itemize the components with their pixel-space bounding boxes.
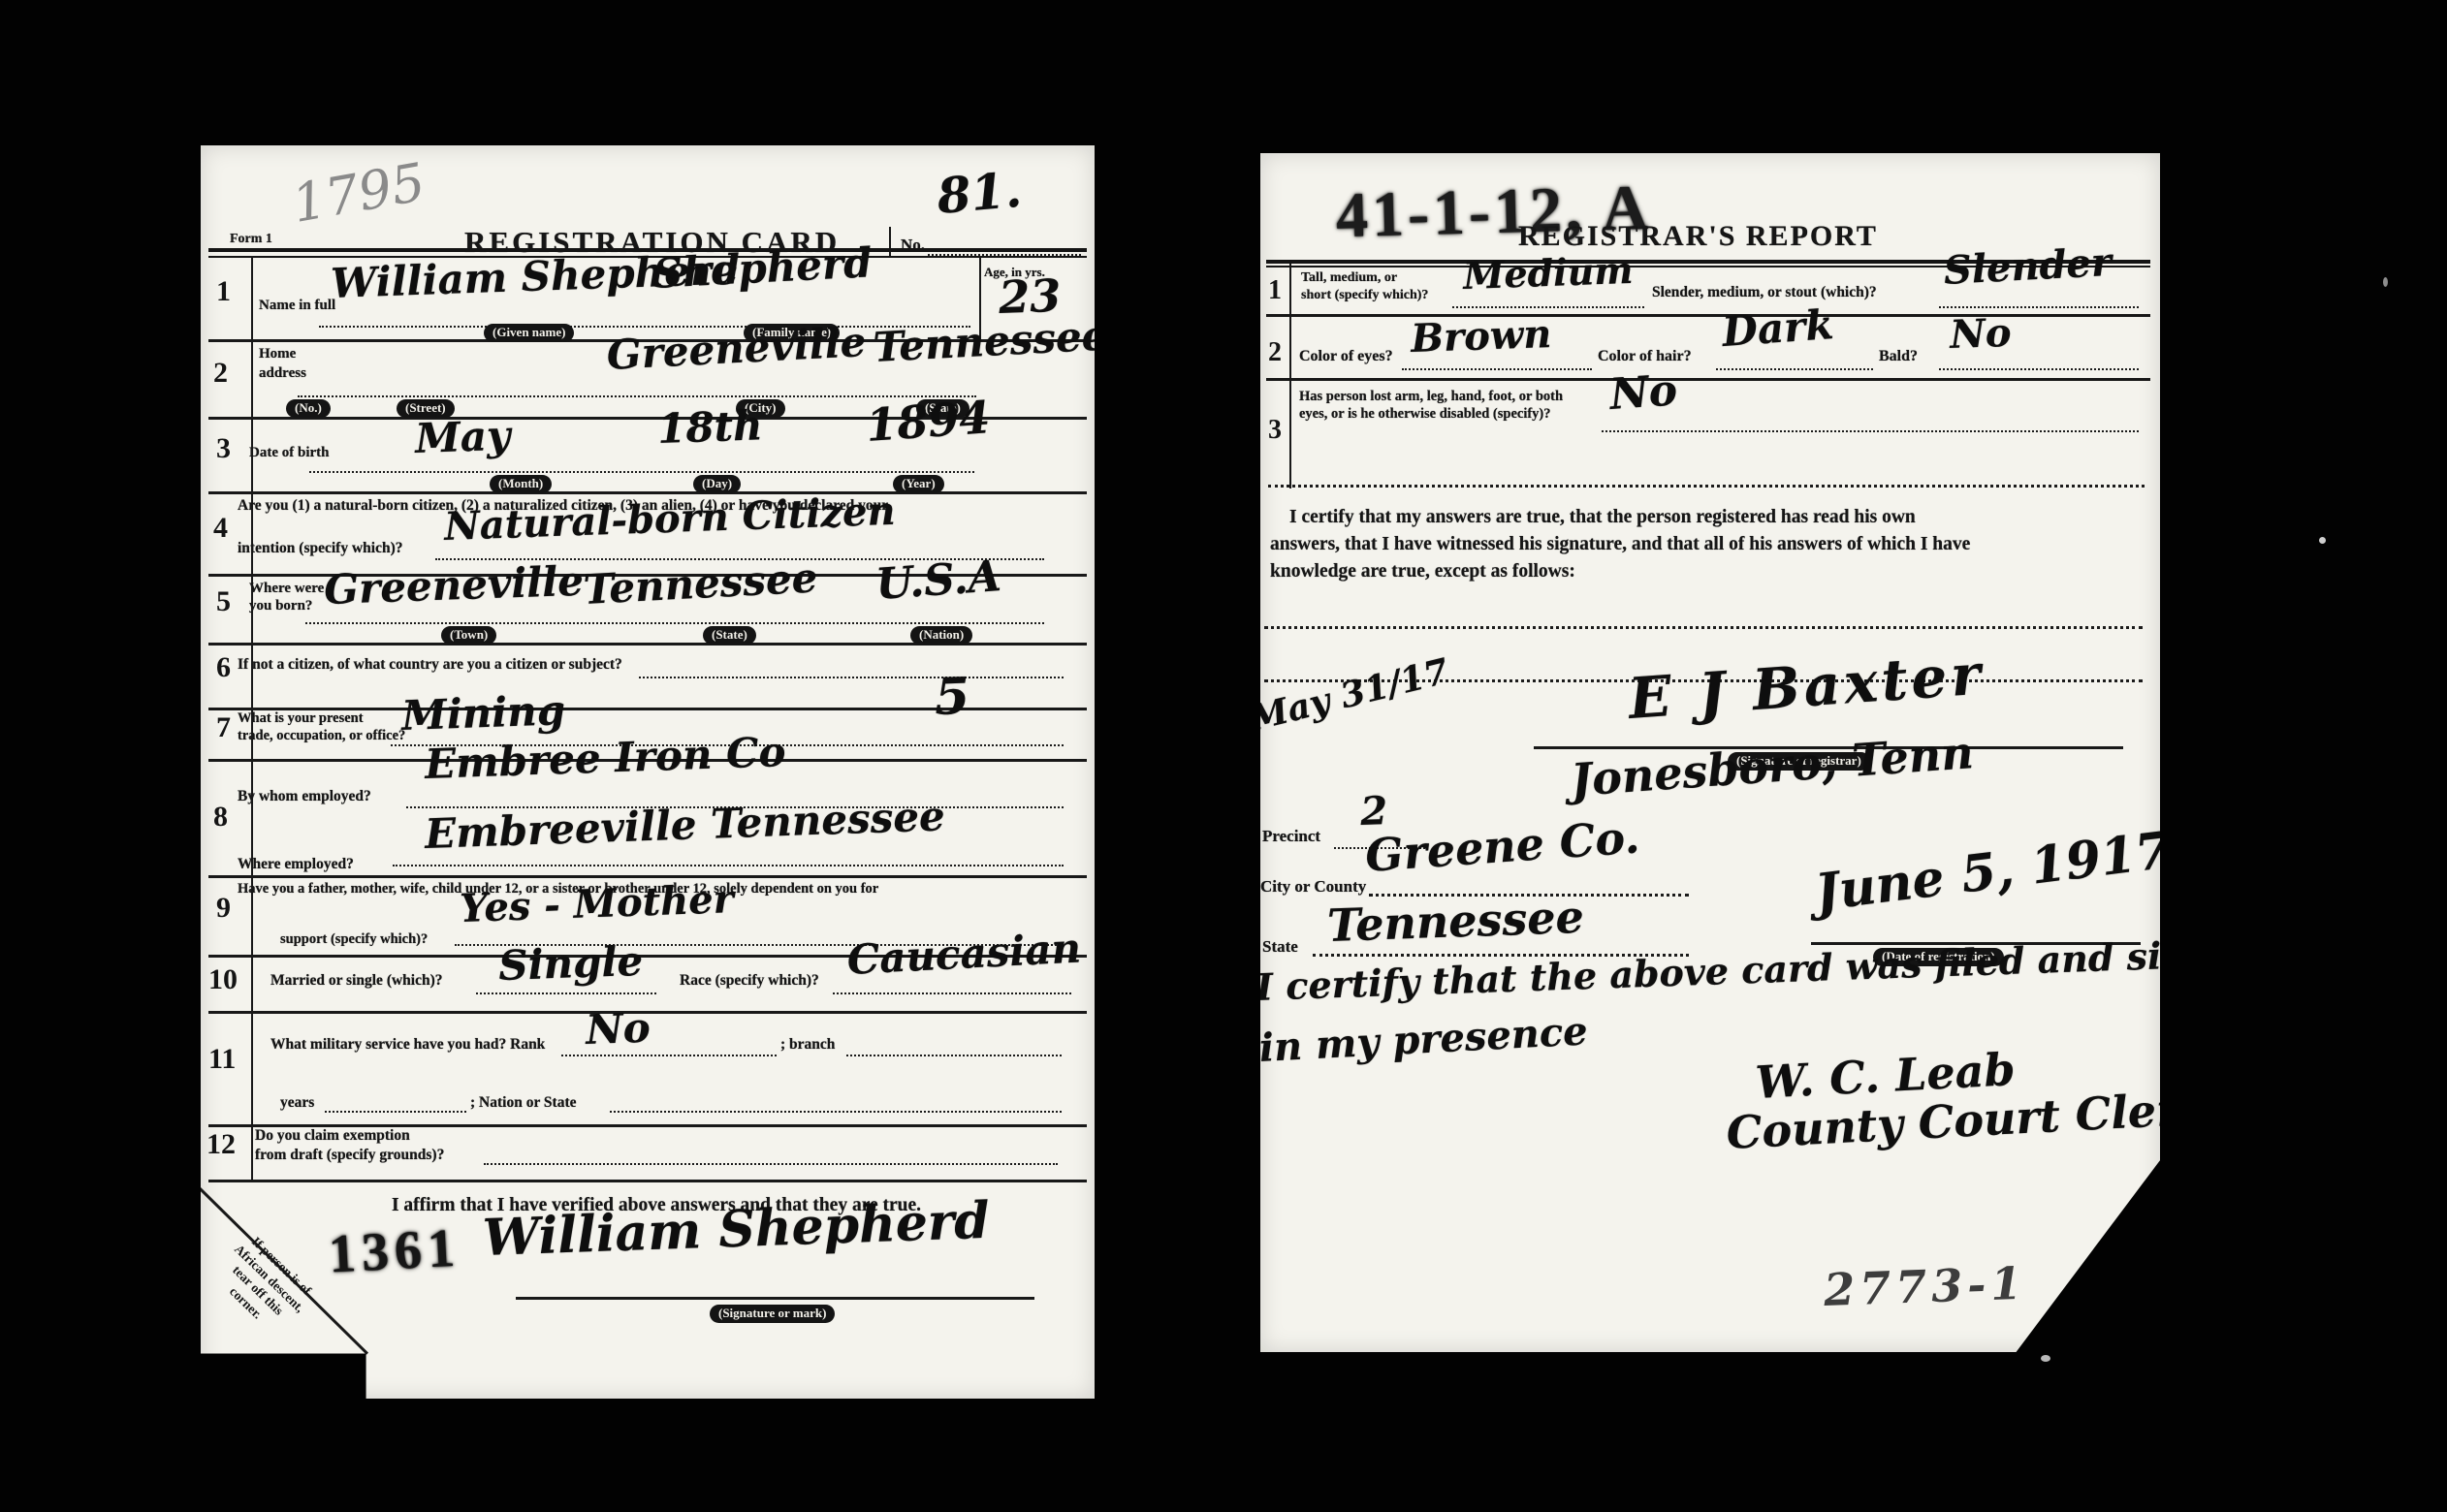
filed-note-line-2: in my presence <box>1258 1012 1589 1068</box>
rule <box>309 471 974 473</box>
dependents-label-2: support (specify which)? <box>280 932 428 947</box>
precinct-label: Precinct <box>1262 828 1320 845</box>
city-county-handwriting: Greene Co. <box>1364 814 1641 878</box>
rule <box>305 622 1044 624</box>
race-label: Race (specify which)? <box>680 973 819 989</box>
bald-handwriting: No <box>1950 314 2013 355</box>
eye-color-handwriting: Brown <box>1411 315 1552 359</box>
eye-color-label: Color of eyes? <box>1299 349 1393 365</box>
row-9-number: 9 <box>216 894 231 923</box>
certification-line-3: knowledge are true, except as follows: <box>1270 562 1575 582</box>
rule <box>1264 626 2143 629</box>
city-county-label: City or County <box>1260 878 1366 896</box>
certification-line-1: I certify that my answers are true, that… <box>1289 508 1916 527</box>
rule <box>1939 368 2139 370</box>
address-city-handwriting: Greeneville <box>606 322 868 376</box>
address-state-handwriting: Tennessee <box>873 315 1109 368</box>
military-label: What military service have you had? Rank <box>270 1037 545 1053</box>
report-title: REGISTRAR'S REPORT <box>1518 221 1878 252</box>
where-employed-label: Where employed? <box>238 857 354 872</box>
certification-line-2: answers, that I have witnessed his signa… <box>1270 535 1970 554</box>
married-label: Married or single (which)? <box>270 973 443 989</box>
race-handwriting: Caucasian <box>846 928 1082 981</box>
height-label-1: Tall, medium, or <box>1301 271 1397 286</box>
row-1-number: 1 <box>216 277 231 306</box>
rule <box>1268 485 2145 488</box>
scan-speck <box>2041 1355 2050 1362</box>
rule <box>476 992 656 994</box>
rule <box>208 1180 1087 1182</box>
employer-label: By whom employed? <box>238 789 371 804</box>
address-no-tag: (No.) <box>286 399 331 418</box>
scan-speck <box>2383 277 2388 287</box>
row-3-number: 3 <box>216 434 231 463</box>
birth-day-handwriting: 18th <box>657 405 764 450</box>
born-town-handwriting: Greeneville <box>324 561 585 611</box>
home-address-label-2: address <box>259 366 306 382</box>
rule <box>1452 306 1644 308</box>
registrar-place-handwriting: Jonesboro, Tenn <box>1570 730 1975 803</box>
rule <box>325 1111 466 1113</box>
scanned-document-page: Form 1 1795 REGISTRATION CARD No. 81. 1 … <box>0 0 2447 1512</box>
given-name-tag: (Given name) <box>484 324 574 342</box>
hair-color-label: Color of hair? <box>1598 349 1692 365</box>
bald-label: Bald? <box>1879 349 1918 365</box>
height-handwriting: Medium <box>1463 252 1634 295</box>
married-handwriting: Single <box>498 941 644 987</box>
employer-handwriting: Embree Iron Co <box>425 732 787 785</box>
disability-label-1: Has person lost arm, leg, hand, foot, or… <box>1299 390 1563 404</box>
signature-line <box>516 1297 1034 1300</box>
rule <box>298 395 976 397</box>
born-nation-handwriting: U.S.A <box>874 555 1002 607</box>
row-5-number: 5 <box>216 587 231 616</box>
born-state-handwriting: Tennessee <box>583 557 819 611</box>
build-handwriting: Slender <box>1943 243 2113 291</box>
registrant-signature-handwriting: William Shepherd <box>482 1196 990 1264</box>
report-row-3-number: 3 <box>1268 417 1282 444</box>
rule <box>561 1055 777 1056</box>
citizenship-label-2: intention (specify which)? <box>238 541 403 556</box>
disability-label-2: eyes, or is he otherwise disabled (speci… <box>1299 407 1551 422</box>
row-4-number: 4 <box>213 514 228 543</box>
rule <box>1402 368 1592 370</box>
precinct-handwriting: 2 <box>1360 792 1388 832</box>
height-label-2: short (specify which)? <box>1301 289 1428 303</box>
born-nation-tag: (Nation) <box>910 626 972 645</box>
row-10-number: 10 <box>208 965 238 994</box>
rule <box>1266 314 2150 317</box>
rule <box>1939 306 2139 308</box>
trade-handwriting: Mining <box>401 690 566 737</box>
rule <box>208 875 1087 878</box>
report-date-handwriting: May 31/17 <box>1246 653 1451 737</box>
birth-month-tag: (Month) <box>490 475 552 493</box>
rule <box>610 1111 1062 1113</box>
rule <box>393 865 1064 866</box>
dependents-handwriting: Yes - Mother <box>460 880 735 929</box>
birth-month-handwriting: May <box>415 416 512 459</box>
name-label: Name in full <box>259 299 335 314</box>
born-label-2: you born? <box>249 599 312 614</box>
rule <box>208 491 1087 494</box>
build-label: Slender, medium, or stout (which)? <box>1652 285 1877 300</box>
military-rank-handwriting: No <box>586 1008 651 1051</box>
not-citizen-label: If not a citizen, of what country are yo… <box>238 657 622 673</box>
trade-label-2: trade, occupation, or office? <box>238 729 405 743</box>
trade-label-1: What is your present <box>238 711 364 726</box>
serial-number-pencil: 1795 <box>289 156 429 231</box>
state-label: State <box>1262 938 1298 956</box>
margin-number-handwriting: 5 <box>934 672 970 723</box>
rule <box>833 992 1071 994</box>
registrars-report: 41-1-12, A REGISTRAR'S REPORT 1 Tall, me… <box>1260 153 2160 1352</box>
disability-handwriting: No <box>1608 369 1678 417</box>
row-6-number: 6 <box>216 653 231 682</box>
birth-date-label: Date of birth <box>249 446 330 461</box>
registrar-signature-handwriting: E J Baxter <box>1627 646 1986 727</box>
row-11-number: 11 <box>208 1045 236 1074</box>
report-row-2-number: 2 <box>1268 339 1282 366</box>
exemption-label-1: Do you claim exemption <box>255 1128 410 1144</box>
family-name-handwriting: Shepherd <box>652 242 874 295</box>
signature-tag: (Signature or mark) <box>710 1305 835 1323</box>
birth-day-tag: (Day) <box>693 475 741 493</box>
serial-stamp: 1361 <box>328 1219 462 1283</box>
age-handwriting: 23 <box>998 273 1062 320</box>
form-label: Form 1 <box>230 233 272 247</box>
hair-color-handwriting: Dark <box>1721 304 1835 353</box>
row-2-number: 2 <box>213 359 228 388</box>
where-employed-handwriting: Embreeville Tennessee <box>425 796 946 855</box>
military-branch-label: ; branch <box>780 1037 835 1053</box>
registration-card: Form 1 1795 REGISTRATION CARD No. 81. 1 … <box>201 145 1095 1399</box>
exemption-label-2: from draft (specify grounds)? <box>255 1148 444 1163</box>
state-handwriting: Tennessee <box>1326 895 1584 948</box>
born-state-tag: (State) <box>703 626 756 645</box>
card-number-value: 81. <box>936 166 1024 221</box>
rule <box>846 1055 1062 1056</box>
rule <box>1266 378 2150 381</box>
military-nation-label: ; Nation or State <box>470 1095 577 1111</box>
row-8-number: 8 <box>213 803 228 832</box>
birth-year-handwriting: 1894 <box>865 394 992 448</box>
birth-year-tag: (Year) <box>893 475 944 493</box>
scan-speck <box>2319 537 2326 544</box>
military-years-label: years <box>280 1095 314 1111</box>
rule <box>1716 368 1873 370</box>
row-7-number: 7 <box>216 713 231 742</box>
row-12-number: 12 <box>207 1130 236 1159</box>
rule <box>484 1163 1058 1165</box>
file-number-pencil: 2773-1 <box>1823 1261 2027 1312</box>
registration-date-handwriting: June 5, 1917 <box>1813 825 2174 919</box>
born-town-tag: (Town) <box>441 626 496 645</box>
report-row-1-number: 1 <box>1268 277 1282 304</box>
home-address-label-1: Home <box>259 347 296 362</box>
number-column-line <box>1289 264 1291 488</box>
rule <box>1602 430 2139 432</box>
born-label-1: Where were <box>249 582 324 597</box>
rule <box>639 677 1064 678</box>
